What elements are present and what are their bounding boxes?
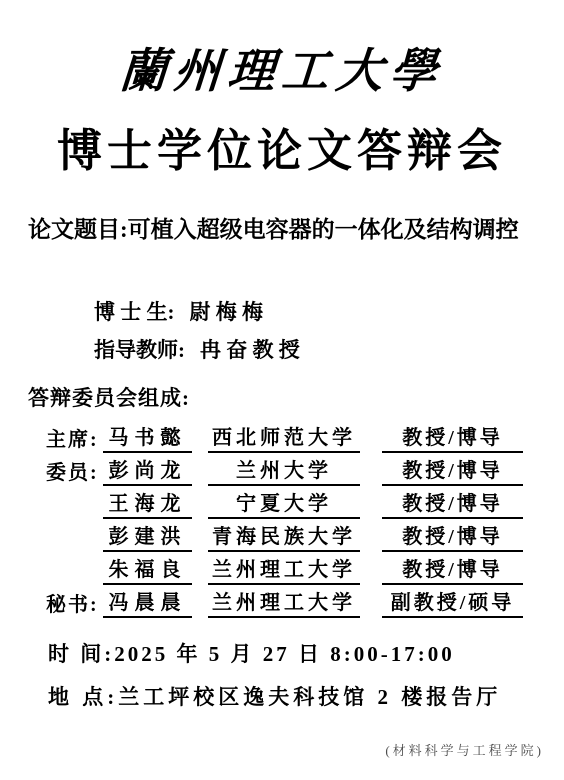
student-row: 博 士 生:尉 梅 梅 bbox=[94, 296, 263, 326]
committee-member-affiliation: 宁夏大学 bbox=[208, 487, 360, 519]
committee-member-affiliation: 兰州大学 bbox=[208, 454, 360, 486]
student-name: 尉 梅 梅 bbox=[190, 300, 264, 324]
committee-heading: 答辩委员会组成: bbox=[28, 382, 190, 412]
committee-member-affiliation: 西北师范大学 bbox=[208, 421, 360, 453]
committee-member-name: 彭建洪 bbox=[103, 520, 192, 552]
committee-member-affiliation: 兰州理工大学 bbox=[208, 586, 360, 618]
supervisor-row: 指导教师:冉 奋 教 授 bbox=[94, 334, 300, 364]
thesis-title-line: 论文题目:可植入超级电容器的一体化及结构调控 bbox=[28, 214, 564, 246]
venue-label: 地 点: bbox=[48, 685, 118, 709]
committee-role-label: 主席: bbox=[46, 423, 103, 453]
venue-value: 兰工坪校区逸夫科技馆 2 楼报告厅 bbox=[118, 685, 501, 709]
committee-member-name: 冯晨晨 bbox=[103, 586, 192, 618]
time-value: 2025 年 5 月 27 日 8:00-17:00 bbox=[114, 642, 454, 666]
committee-member-title: 教授/博导 bbox=[382, 487, 523, 519]
university-logo-calligraphy: 蘭州理工大學 bbox=[0, 34, 564, 101]
committee-member-name: 马书懿 bbox=[103, 421, 192, 453]
committee-role-label: 委员: bbox=[46, 456, 103, 486]
venue-row: 地 点:兰工坪校区逸夫科技馆 2 楼报告厅 bbox=[48, 681, 501, 711]
committee-member-affiliation: 兰州理工大学 bbox=[208, 553, 360, 585]
committee-role-label bbox=[46, 551, 103, 552]
committee-row-member: 委员: 彭尚龙 兰州大学 教授/博导 bbox=[46, 453, 523, 486]
page-title: 博士学位论文答辩会 bbox=[0, 114, 564, 179]
committee-member-name: 朱福良 bbox=[103, 553, 192, 585]
supervisor-name: 冉 奋 教 授 bbox=[200, 338, 300, 362]
time-row: 时 间:2025 年 5 月 27 日 8:00-17:00 bbox=[48, 638, 455, 668]
department-footer-note: (材料科学与工程学院) bbox=[385, 740, 544, 759]
defense-announcement-page: 蘭州理工大學 博士学位论文答辩会 论文题目:可植入超级电容器的一体化及结构调控 … bbox=[0, 0, 564, 780]
supervisor-label: 指导教师: bbox=[94, 338, 185, 362]
committee-member-name: 彭尚龙 bbox=[103, 454, 192, 486]
committee-member-title: 教授/博导 bbox=[382, 421, 523, 453]
committee-row-member: 王海龙 宁夏大学 教授/博导 bbox=[46, 486, 523, 519]
thesis-title-label: 论文题目: bbox=[28, 217, 128, 242]
committee-role-label bbox=[46, 518, 103, 519]
time-label: 时 间: bbox=[48, 642, 114, 666]
committee-member-title: 教授/博导 bbox=[382, 520, 523, 552]
committee-role-label: 秘书: bbox=[46, 588, 103, 618]
committee-table: 主席: 马书懿 西北师范大学 教授/博导 委员: 彭尚龙 兰州大学 教授/博导 … bbox=[46, 420, 523, 618]
committee-member-affiliation: 青海民族大学 bbox=[208, 520, 360, 552]
committee-member-title: 教授/博导 bbox=[382, 553, 523, 585]
committee-row-member: 彭建洪 青海民族大学 教授/博导 bbox=[46, 519, 523, 552]
committee-member-title: 副教授/硕导 bbox=[382, 586, 523, 618]
thesis-title-text: 可植入超级电容器的一体化及结构调控 bbox=[128, 217, 519, 242]
committee-row-chair: 主席: 马书懿 西北师范大学 教授/博导 bbox=[46, 420, 523, 453]
committee-member-name: 王海龙 bbox=[103, 487, 192, 519]
student-label: 博 士 生: bbox=[94, 300, 175, 324]
committee-row-member: 朱福良 兰州理工大学 教授/博导 bbox=[46, 552, 523, 585]
committee-member-title: 教授/博导 bbox=[382, 454, 523, 486]
committee-role-label bbox=[46, 584, 103, 585]
committee-row-secretary: 秘书: 冯晨晨 兰州理工大学 副教授/硕导 bbox=[46, 585, 523, 618]
